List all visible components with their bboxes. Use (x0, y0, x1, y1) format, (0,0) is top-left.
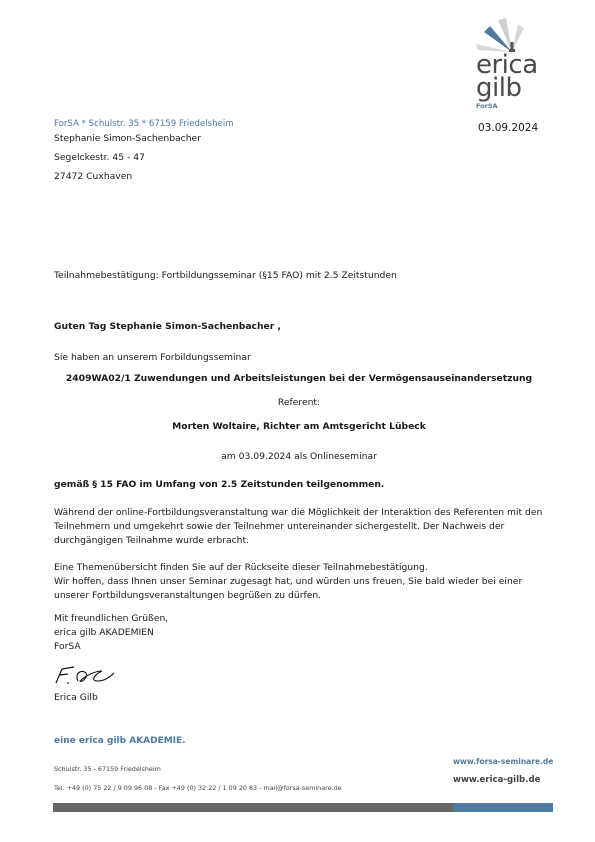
overview-line: Eine Themenübersicht finden Sie auf der … (54, 561, 552, 575)
footer-bar (53, 803, 553, 812)
footer-address: Schulstr. 35 - 67159 Friedelsheim (54, 765, 161, 773)
footer-bar-blue (453, 803, 553, 812)
recipient-city: 27472 Cuxhaven (54, 171, 132, 183)
closing-block: Mit freundlichen Grüßen, erica gilb AKAD… (54, 612, 168, 654)
seminar-date-line: am 03.09.2024 als Onlineseminar (54, 451, 544, 463)
referent-name: Morten Woltaire, Richter am Amtsgericht … (54, 421, 544, 433)
closing-forsa: ForSA (54, 640, 168, 654)
footer-url-forsa[interactable]: www.forsa-seminare.de (453, 757, 553, 766)
letter-date: 03.09.2024 (478, 122, 538, 134)
footer-brand: eine erica gilb AKADEMIE. (54, 736, 186, 746)
sender-line: ForSA * Schulstr. 35 * 67159 Friedelshei… (54, 118, 234, 130)
recipient-name: Stephanie Simon-Sachenbacher (54, 133, 201, 145)
signature-icon (52, 665, 122, 689)
recipient-street: Segelckestr. 45 - 47 (54, 152, 145, 164)
closing-regards: Mit freundlichen Grüßen, (54, 612, 168, 626)
logo-sub: ForSA (476, 102, 498, 110)
intro-line: Sie haben an unserem Forbildungsseminar (54, 352, 251, 364)
footer-contact: Tel. +49 (0) 75 22 / 9 09 96 08 - Fax +4… (54, 784, 342, 792)
closing-org: erica gilb AKADEMIEN (54, 626, 168, 640)
subject-line: Teilnahmebestätigung: Fortbildungssemina… (54, 270, 397, 282)
logo-word-gilb: gilb (476, 77, 521, 99)
footer-url-ericagilb[interactable]: www.erica-gilb.de (453, 775, 540, 785)
paragraph-interaction: Während der online-Fortbildungsveranstal… (54, 506, 552, 548)
hope-line: Wir hoffen, dass Ihnen unser Seminar zug… (54, 575, 552, 603)
confirmation-line: gemäß § 15 FAO im Umfang von 2.5 Zeitstu… (54, 479, 384, 491)
signer-name: Erica Gilb (54, 692, 98, 704)
seminar-title: 2409WA02/1 Zuwendungen und Arbeitsleistu… (54, 373, 544, 385)
footer-bar-grey (53, 803, 453, 812)
logo: erica gilb ForSA (472, 14, 562, 114)
paragraph-overview: Eine Themenübersicht finden Sie auf der … (54, 561, 552, 603)
greeting: Guten Tag Stephanie Simon-Sachenbacher , (54, 321, 281, 333)
referent-label: Referent: (54, 397, 544, 409)
